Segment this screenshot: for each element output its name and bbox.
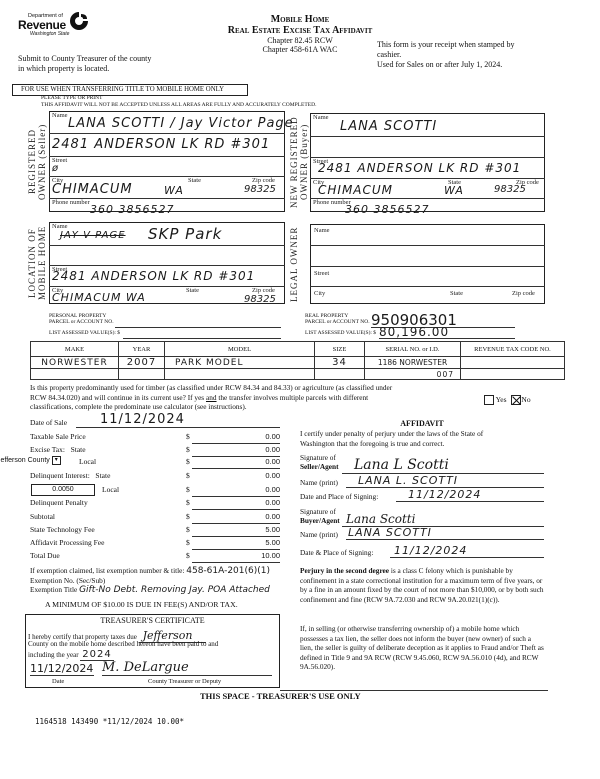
revenue-code-field[interactable] xyxy=(461,357,565,369)
location-name-struck: JAY V PAGE xyxy=(60,230,126,241)
serial-field-2[interactable]: 007 xyxy=(365,369,461,380)
year-field-2[interactable] xyxy=(119,369,165,380)
seller-name-field[interactable]: LANA SCOTTI / Jay Victor Page xyxy=(68,116,294,131)
fee-label: Subtotal xyxy=(30,512,55,521)
fee-label: Local xyxy=(79,457,96,466)
dollar-sign: $ xyxy=(186,551,190,560)
dor-swirl-logo-icon xyxy=(68,10,90,32)
transfer-only-text: FOR USE WHEN TRANSFERRING TITLE TO MOBIL… xyxy=(21,86,224,93)
tax-lien-notice: If, in selling (or otherwise transferrin… xyxy=(300,624,545,672)
perjury-bold-lead: Perjury in the second degree xyxy=(300,566,389,575)
real-account-label: PARCEL or ACCOUNT NO. xyxy=(305,319,370,325)
dollar-sign: $ xyxy=(186,498,190,507)
buyer-phone-field[interactable]: 360 3856527 xyxy=(345,203,429,216)
fee-amount[interactable]: 0.00 xyxy=(265,457,280,466)
dollar-sign: $ xyxy=(186,512,190,521)
buyer-name-print-label: Name (print) xyxy=(300,530,338,539)
seller-state-label: State xyxy=(188,177,201,184)
col-make: MAKE xyxy=(31,342,119,357)
treasurer-date-label: Date xyxy=(52,678,64,685)
submit-note-line-1: Submit to County Treasurer of the county xyxy=(18,54,151,64)
seller-zip-label: Zip code xyxy=(252,177,275,184)
receipt-note-line-2: cashier. xyxy=(377,50,515,60)
buyer-name-field[interactable]: LANA SCOTTI xyxy=(340,119,437,134)
fee-row-penalty: Delinquent Penalty $ 0.00 xyxy=(30,498,280,511)
dollar-sign: $ xyxy=(186,485,190,494)
exemption-title-field[interactable]: Gift-No Debt. Removing Jay. POA Attached xyxy=(79,585,270,595)
fee-label: Affidavit Processing Fee xyxy=(30,538,104,547)
affidavit-certify-line-2: Washington that the foregoing is true an… xyxy=(300,439,483,449)
dollar-sign: $ xyxy=(186,471,190,480)
model-field[interactable]: PARK MODEL xyxy=(165,357,315,369)
personal-property-section: PERSONAL PROPERTY PARCEL or ACCOUNT NO. … xyxy=(49,313,281,341)
buyer-sig-label-2: Buyer/Agent xyxy=(300,517,340,526)
location-zip-field[interactable]: 98325 xyxy=(244,294,276,305)
location-section-label-text: LOCATION OF MOBILE HOME xyxy=(27,226,47,300)
buyer-street-field[interactable]: 2481 ANDERSON LK RD #301 xyxy=(318,161,521,175)
logo-line-state: Washington State xyxy=(30,31,69,37)
receipt-note: This form is your receipt when stamped b… xyxy=(377,40,515,70)
date-of-sale-field[interactable]: 11/12/2024 xyxy=(76,413,280,428)
dor-logo: Department of Revenue Washington State xyxy=(16,12,86,40)
personal-account-field[interactable] xyxy=(115,320,281,328)
buyer-signature-row: Signature of Buyer/Agent Lana Scotti xyxy=(300,507,544,527)
col-revenue-code: REVENUE TAX CODE NO. xyxy=(461,342,565,357)
timber-question-line-2: RCW 84.34.020) and will continue in its … xyxy=(30,393,470,403)
treasurer-signature-field[interactable]: M. DeLargue xyxy=(102,660,272,676)
seller-name-print-label: Name (print) xyxy=(300,478,338,487)
make-field[interactable]: NORWESTER xyxy=(31,357,119,369)
exemption-title-label: Exemption Title xyxy=(30,585,77,594)
dollar-sign: $ xyxy=(186,445,190,454)
buyer-state-field[interactable]: WA xyxy=(444,184,464,197)
fee-amount[interactable]: 0.00 xyxy=(265,498,280,507)
legal-owner-section-label: LEGAL OWNER xyxy=(289,224,309,304)
buyer-section-label: NEW REGISTERED OWNER (Buyer) xyxy=(289,112,309,212)
personal-assessed-label: LIST ASSESSED VALUE(S): $ xyxy=(49,330,120,336)
timber-question-line-2a: RCW 84.34.020) and will continue in its … xyxy=(30,393,206,402)
seller-date-field[interactable]: 11/12/2024 xyxy=(396,489,544,502)
treasurer-use-only-label: THIS SPACE - TREASURER'S USE ONLY xyxy=(200,691,361,701)
treasurer-text-2: County on the mobile home described here… xyxy=(28,640,218,648)
no-checkbox[interactable] xyxy=(511,395,521,405)
seller-section-label-text: REGISTERED OWNER (Seller) xyxy=(27,124,47,200)
timber-question-line-3: classifications, complete the predominat… xyxy=(30,402,470,412)
fee-label: Delinquent Penalty xyxy=(30,498,88,507)
fee-amount[interactable]: 0.00 xyxy=(265,445,280,454)
seller-state-field[interactable]: WA xyxy=(164,184,184,197)
model-field-2[interactable] xyxy=(165,369,315,380)
seller-date-row: Date and Place of Signing: 11/12/2024 xyxy=(300,489,544,502)
fee-row-subtotal: Subtotal $ 0.00 xyxy=(30,512,280,525)
seller-phone-field[interactable]: 360 3856527 xyxy=(90,203,174,216)
exemption-number-field[interactable]: 458-61A-201(6)(1) xyxy=(186,566,270,576)
size-field-2[interactable] xyxy=(315,369,365,380)
buyer-city-field[interactable]: CHIMACUM xyxy=(318,183,393,197)
personal-assessed-field[interactable] xyxy=(123,331,281,339)
buyer-name-label: Name xyxy=(313,114,329,121)
location-zip-label: Zip code xyxy=(252,287,275,294)
fee-label: State Technology Fee xyxy=(30,525,95,534)
fee-label: Local xyxy=(102,485,119,494)
seller-name-print-field[interactable]: LANA L. SCOTTI xyxy=(346,475,544,488)
timber-yes-no: Yes No xyxy=(484,395,531,405)
receipt-stamp: 1164518 143490 *11/12/2024 10.00* xyxy=(35,717,184,726)
dollar-sign: $ xyxy=(186,457,190,466)
location-street-field[interactable]: 2481 ANDERSON LK RD #301 xyxy=(52,269,255,283)
treasurer-year-line: including the year 2024 xyxy=(28,649,114,660)
dollar-sign: $ xyxy=(186,525,190,534)
size-field[interactable]: 34 xyxy=(315,357,365,369)
col-size: SIZE xyxy=(315,342,365,357)
buyer-zip-field[interactable]: 98325 xyxy=(494,184,526,195)
timber-question-line-2b: the transfer involves multiple parcels w… xyxy=(217,393,369,402)
exemption-section: If exemption claimed, list exemption num… xyxy=(30,566,300,595)
fee-amount[interactable]: 0.00 xyxy=(265,512,280,521)
fee-amount[interactable]: 5.00 xyxy=(265,538,280,547)
revenue-code-field-2[interactable] xyxy=(461,369,565,380)
buyer-name-print-row: Name (print) LANA SCOTTI xyxy=(300,527,544,540)
seller-date-label: Date and Place of Signing: xyxy=(300,492,378,501)
seller-section-label: REGISTERED OWNER (Seller) xyxy=(27,112,47,212)
location-section-label: LOCATION OF MOBILE HOME xyxy=(27,222,47,304)
legal-owner-box xyxy=(310,224,545,304)
sales-note: Used for Sales on or after July 1, 2024. xyxy=(377,60,515,70)
fee-label: Total Due xyxy=(30,551,60,560)
year-field[interactable]: 2007 xyxy=(119,357,165,369)
fee-label: Excise Tax: State xyxy=(30,445,86,454)
receipt-note-line-1: This form is your receipt when stamped b… xyxy=(377,40,515,50)
col-serial: SERIAL NO. or I.D. xyxy=(365,342,461,357)
yes-label: Yes xyxy=(496,395,507,404)
fee-amount[interactable]: 10.00 xyxy=(261,551,280,560)
fee-amount[interactable]: 0.00 xyxy=(265,432,280,441)
fee-row-total-due: Total Due $ 10.00 xyxy=(30,551,280,564)
buyer-name-print-field[interactable]: LANA SCOTTI xyxy=(346,527,544,540)
real-property-section: REAL PROPERTY PARCEL or ACCOUNT NO. 9509… xyxy=(305,313,545,341)
exemption-no-label: Exemption No. (Sec/Sub) xyxy=(30,576,300,585)
treasurer-certificate-title: TREASURER'S CERTIFICATE xyxy=(25,616,280,625)
date-of-sale-label: Date of Sale xyxy=(30,418,67,427)
col-year: YEAR xyxy=(119,342,165,357)
timber-question: Is this property predominantly used for … xyxy=(30,383,470,412)
location-name-label: Name xyxy=(52,223,68,230)
vehicle-table: MAKE YEAR MODEL SIZE SERIAL NO. or I.D. … xyxy=(30,341,565,380)
title-line-2: Real Estate Excise Tax Affidavit xyxy=(180,25,420,36)
real-assessed-field[interactable]: 80,196.00 xyxy=(379,326,515,339)
col-model: MODEL xyxy=(165,342,315,357)
seller-name-line2-field[interactable]: 2481 ANDERSON LK RD #301 xyxy=(52,137,270,152)
legal-owner-name-label: Name xyxy=(314,227,330,234)
fee-row-interest-local: Local $ 0.00 xyxy=(30,485,280,498)
date-of-sale-row: Date of Sale 11/12/2024 xyxy=(30,414,280,428)
buyer-date-field[interactable]: 11/12/2024 xyxy=(390,545,544,558)
timber-question-and: and xyxy=(206,393,217,402)
fee-row-tech-fee: State Technology Fee $ 5.00 xyxy=(30,525,280,538)
buyer-signature-field[interactable]: Lana Scotti xyxy=(342,512,544,527)
buyer-section-label-text: NEW REGISTERED OWNER (Buyer) xyxy=(289,116,309,208)
location-name-field[interactable]: SKP Park xyxy=(148,225,222,243)
seller-phone-label: Phone number xyxy=(52,199,90,206)
seller-signature-row: Signature of Seller/Agent Lana L Scotti xyxy=(300,452,544,474)
submit-note-line-2: in which property is located. xyxy=(18,64,151,74)
treasurer-signature-label: County Treasurer or Deputy xyxy=(148,678,221,685)
seller-sig-label-2: Seller/Agent xyxy=(300,463,339,472)
real-assessed-label: LIST ASSESSED VALUE(S): $ xyxy=(305,330,376,336)
vehicle-table-header: MAKE YEAR MODEL SIZE SERIAL NO. or I.D. … xyxy=(31,342,565,357)
seller-street-field[interactable]: ø xyxy=(52,163,59,174)
make-field-2[interactable] xyxy=(31,369,119,380)
treasurer-date-field[interactable]: 11/12/2024 xyxy=(30,662,94,676)
table-row: NORWESTER 2007 PARK MODEL 34 1186 NORWES… xyxy=(31,357,565,369)
fee-row-excise-local: Local $ 0.00 xyxy=(30,457,280,470)
buyer-date-row: Date & Place of Signing: 11/12/2024 xyxy=(300,545,544,558)
submit-note: Submit to County Treasurer of the county… xyxy=(18,54,151,74)
legal-owner-zip-label: Zip code xyxy=(512,290,535,297)
affidavit-certify: I certify under penalty of perjury under… xyxy=(300,429,483,448)
dollar-sign: $ xyxy=(186,432,190,441)
fee-amount[interactable]: 5.00 xyxy=(265,525,280,534)
fee-label: Delinquent Interest: State xyxy=(30,471,110,480)
legal-owner-city-label: City xyxy=(314,290,325,297)
fee-row-taxable-price: Taxable Sale Price $ 0.00 xyxy=(30,432,280,445)
location-city-field[interactable]: CHIMACUM WA xyxy=(52,291,146,304)
location-state-label: State xyxy=(186,287,199,294)
fee-row-interest-state: Delinquent Interest: State $ 0.00 xyxy=(30,471,280,484)
fee-amount[interactable]: 0.00 xyxy=(265,471,280,480)
seller-city-field[interactable]: CHIMACUM xyxy=(52,182,133,197)
yes-checkbox[interactable] xyxy=(484,395,494,405)
timber-question-line-1: Is this property predominantly used for … xyxy=(30,383,470,393)
fee-label: Taxable Sale Price xyxy=(30,432,86,441)
perjury-notice: Perjury in the second degree is a class … xyxy=(300,566,545,604)
seller-name-print-row: Name (print) LANA L. SCOTTI xyxy=(300,475,544,488)
personal-account-label: PARCEL or ACCOUNT NO. xyxy=(49,319,114,325)
buyer-date-label: Date & Place of Signing: xyxy=(300,548,373,557)
dollar-sign: $ xyxy=(186,538,190,547)
minimum-due-notice: A MINIMUM OF $10.00 IS DUE IN FEE(S) AND… xyxy=(45,600,238,609)
seller-zip-field[interactable]: 98325 xyxy=(244,184,276,195)
seller-name-label: Name xyxy=(52,112,68,119)
table-row: 007 xyxy=(31,369,565,380)
not-accepted-notice: THIS AFFIDAVIT WILL NOT BE ACCEPTED UNLE… xyxy=(41,102,316,108)
affidavit-title: AFFIDAVIT xyxy=(300,419,544,428)
serial-field[interactable]: 1186 NORWESTER xyxy=(365,357,461,369)
fee-row-processing-fee: Affidavit Processing Fee $ 5.00 xyxy=(30,538,280,551)
seller-signature-field[interactable]: Lana L Scotti xyxy=(342,457,544,474)
type-or-print-notice: PLEASE TYPE OR PRINT xyxy=(41,95,102,101)
exemption-claim-label: If exemption claimed, list exemption num… xyxy=(30,566,184,575)
logo-line-revenue: Revenue xyxy=(18,18,66,32)
title-line-1: Mobile Home xyxy=(180,14,420,25)
no-label: No xyxy=(521,395,530,404)
affidavit-certify-line-1: I certify under penalty of perjury under… xyxy=(300,429,483,439)
legal-owner-section-label-text: LEGAL OWNER xyxy=(289,226,299,301)
legal-owner-state-label: State xyxy=(450,290,463,297)
treasurer-year-label: including the year xyxy=(28,651,79,659)
fee-amount[interactable]: 0.00 xyxy=(265,485,280,494)
legal-owner-street-label: Street xyxy=(314,270,329,277)
